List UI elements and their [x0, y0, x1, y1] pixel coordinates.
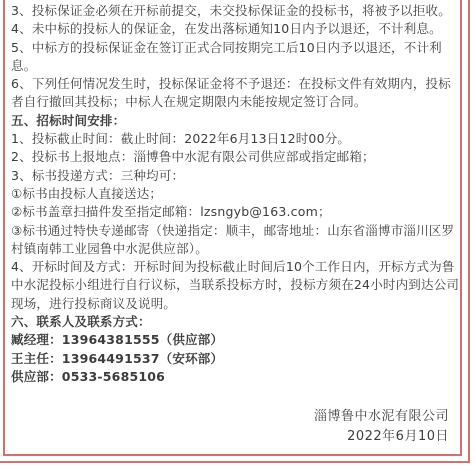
signature-block: 淄博鲁中水泥有限公司 2022年6月10日: [11, 407, 453, 447]
signature-company: 淄博鲁中水泥有限公司: [11, 407, 449, 427]
document-line: 3、投标保证金必须在开标前提交，未交投标保证金的投标书，将被予以拒收。: [11, 2, 453, 20]
document-line: 王主任：13964491537（安环部）: [11, 350, 453, 368]
document-line: 中水泥投标小组进行自行议标，当联系投标方时，投标方须在24小时内到达公司: [11, 276, 453, 294]
signature-date: 2022年6月10日: [11, 427, 449, 447]
document-line: 3、标书投递方式：三种均可：: [11, 167, 453, 185]
document-line: 者自行撤回其投标；中标人在规定期限内未能按规定签订合同。: [11, 93, 453, 111]
document-body: 3、投标保证金必须在开标前提交，未交投标保证金的投标书，将被予以拒收。4、未中标…: [11, 2, 453, 447]
document-line: ②标书盖章扫描件发至指定邮箱：lzsngyb@163.com；: [11, 203, 453, 221]
document-line: 1、投标截止时间：截止时间：2022年6月13日12时00分。: [11, 130, 453, 148]
document-line: 五、招标时间安排：: [11, 112, 453, 130]
document-line: 现场，进行投标商议及说明。: [11, 295, 453, 313]
document-line: ③标书通过特快专递邮寄（快递指定：顺丰，邮寄地址：山东省淄博市淄川区罗: [11, 222, 453, 240]
document-line: 6、下列任何情况发生时，投标保证金将不予退还：在投标文件有效期内，投标: [11, 75, 453, 93]
document-line: 臧经理：13964381555（供应部）: [11, 331, 453, 349]
document-line: 六、联系人及联系方式：: [11, 313, 453, 331]
document-line: 5、中标方的投标保证金在签订正式合同按期完工后10日内予以退还，不计利: [11, 39, 453, 57]
document-line: 供应部：0533-5685106: [11, 368, 453, 386]
document-lines: 3、投标保证金必须在开标前提交，未交投标保证金的投标书，将被予以拒收。4、未中标…: [11, 2, 453, 386]
document-line: ①标书由投标人直接送达；: [11, 185, 453, 203]
document-line: 4、开标时间及方式：开标时间为投标截止时间后10个工作日内，开标方式为鲁: [11, 258, 453, 276]
document-line: 息。: [11, 57, 453, 75]
document-line: 4、未中标的投标人的保证金，在发出落标通知10日内予以退还，不计利息。: [11, 20, 453, 38]
document-line: 村镇南韩工业园鲁中水泥供应部）。: [11, 240, 453, 258]
document-line: 2、投标书上报地点：淄博鲁中水泥有限公司供应部或指定邮箱；: [11, 148, 453, 166]
